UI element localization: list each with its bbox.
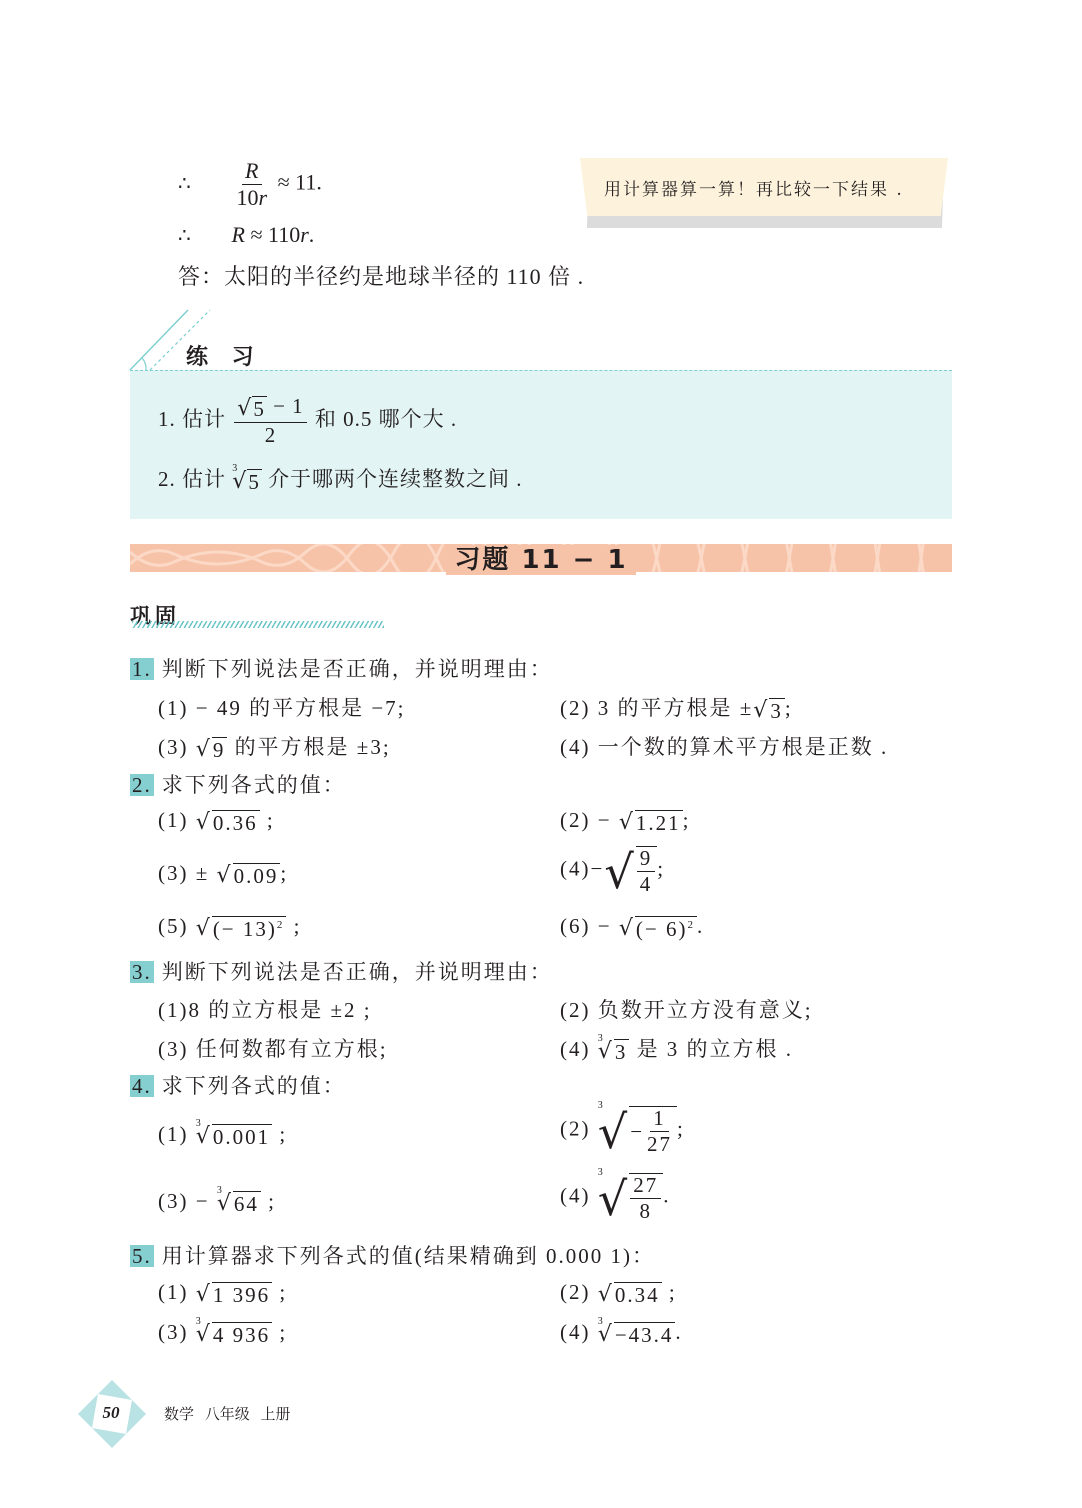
q4-part-1: (1) 3√0.001 ; — [158, 1122, 287, 1148]
cube-root: 3√5 — [232, 469, 262, 493]
fraction: √5 − 1 2 — [234, 396, 306, 446]
practice-item-1: 1. 估计 √5 − 1 2 和 0.5 哪个大 . — [158, 396, 457, 446]
q2-part-1: (1) √0.36 ; — [158, 808, 275, 834]
book-title: 数学 八年级 上册 — [164, 1403, 291, 1424]
square-root: √5 — [237, 396, 267, 420]
question-2: 2.求下列各式的值： — [130, 769, 346, 799]
q4-part-4: (4) 3√278. — [560, 1173, 670, 1222]
note-text: 用计算器算一算！再比较一下结果 . — [604, 175, 904, 200]
practice-title: 练 习 — [186, 340, 262, 371]
q5-part-3: (3) 3√4 936 ; — [158, 1320, 287, 1346]
question-3: 3.判断下列说法是否正确，并说明理由： — [130, 956, 553, 986]
q5-part-1: (1) √1 396 ; — [158, 1280, 287, 1306]
q2-part-2: (2) − √1.21; — [560, 808, 691, 834]
q2-part-3: (3) ± √0.09; — [158, 861, 288, 887]
q5-part-2: (2) √0.34 ; — [560, 1280, 677, 1306]
solution-answer: 答：太阳的半径约是地球半径的 110 倍 . — [178, 260, 584, 291]
exercise-title: 习题 11 − 1 — [0, 539, 1082, 576]
q1-part-1: (1) − 49 的平方根是 −7; — [158, 692, 406, 722]
page-number: 50 — [96, 1403, 126, 1423]
question-1: 1.判断下列说法是否正确，并说明理由： — [130, 653, 553, 683]
q4-part-2: (2) 3√−127; — [560, 1106, 685, 1155]
section-underline — [132, 621, 384, 628]
solution-line-1: ∴ R 10r ≈ 11. — [178, 160, 322, 209]
q5-part-4: (4) 3√−43.4. — [560, 1320, 683, 1346]
q3-part-4: (4) 3√3 是 3 的立方根 . — [560, 1033, 793, 1063]
fraction-denominator: 10r — [234, 185, 271, 209]
practice-item-2: 2. 估计 3√5 介于哪两个连续整数之间 . — [158, 463, 523, 493]
q1-part-3: (3) √9 的平方根是 ±3; — [158, 731, 391, 761]
fraction: R 10r — [234, 160, 271, 209]
q3-part-3: (3) 任何数都有立方根; — [158, 1033, 388, 1063]
question-5: 5.用计算器求下列各式的值(结果精确到 0.000 1)： — [130, 1240, 655, 1270]
q2-part-6: (6) − √(− 6)2. — [560, 914, 704, 940]
q3-part-2: (2) 负数开立方没有意义; — [560, 994, 813, 1024]
q1-part-2: (2) 3 的平方根是 ±√3; — [560, 692, 793, 722]
therefore-symbol: ∴ — [178, 171, 226, 196]
question-4: 4.求下列各式的值： — [130, 1070, 346, 1100]
solution-line-2: ∴ R ≈ 110r. — [178, 222, 314, 248]
q2-part-4: (4)−√94; — [560, 846, 665, 895]
q1-part-4: (4) 一个数的算术平方根是正数 . — [560, 731, 888, 761]
q4-part-3: (3) − 3√64 ; — [158, 1189, 276, 1215]
q3-part-1: (1)8 的立方根是 ±2 ; — [158, 994, 372, 1024]
q2-part-5: (5) √(− 13)2 ; — [158, 914, 302, 940]
